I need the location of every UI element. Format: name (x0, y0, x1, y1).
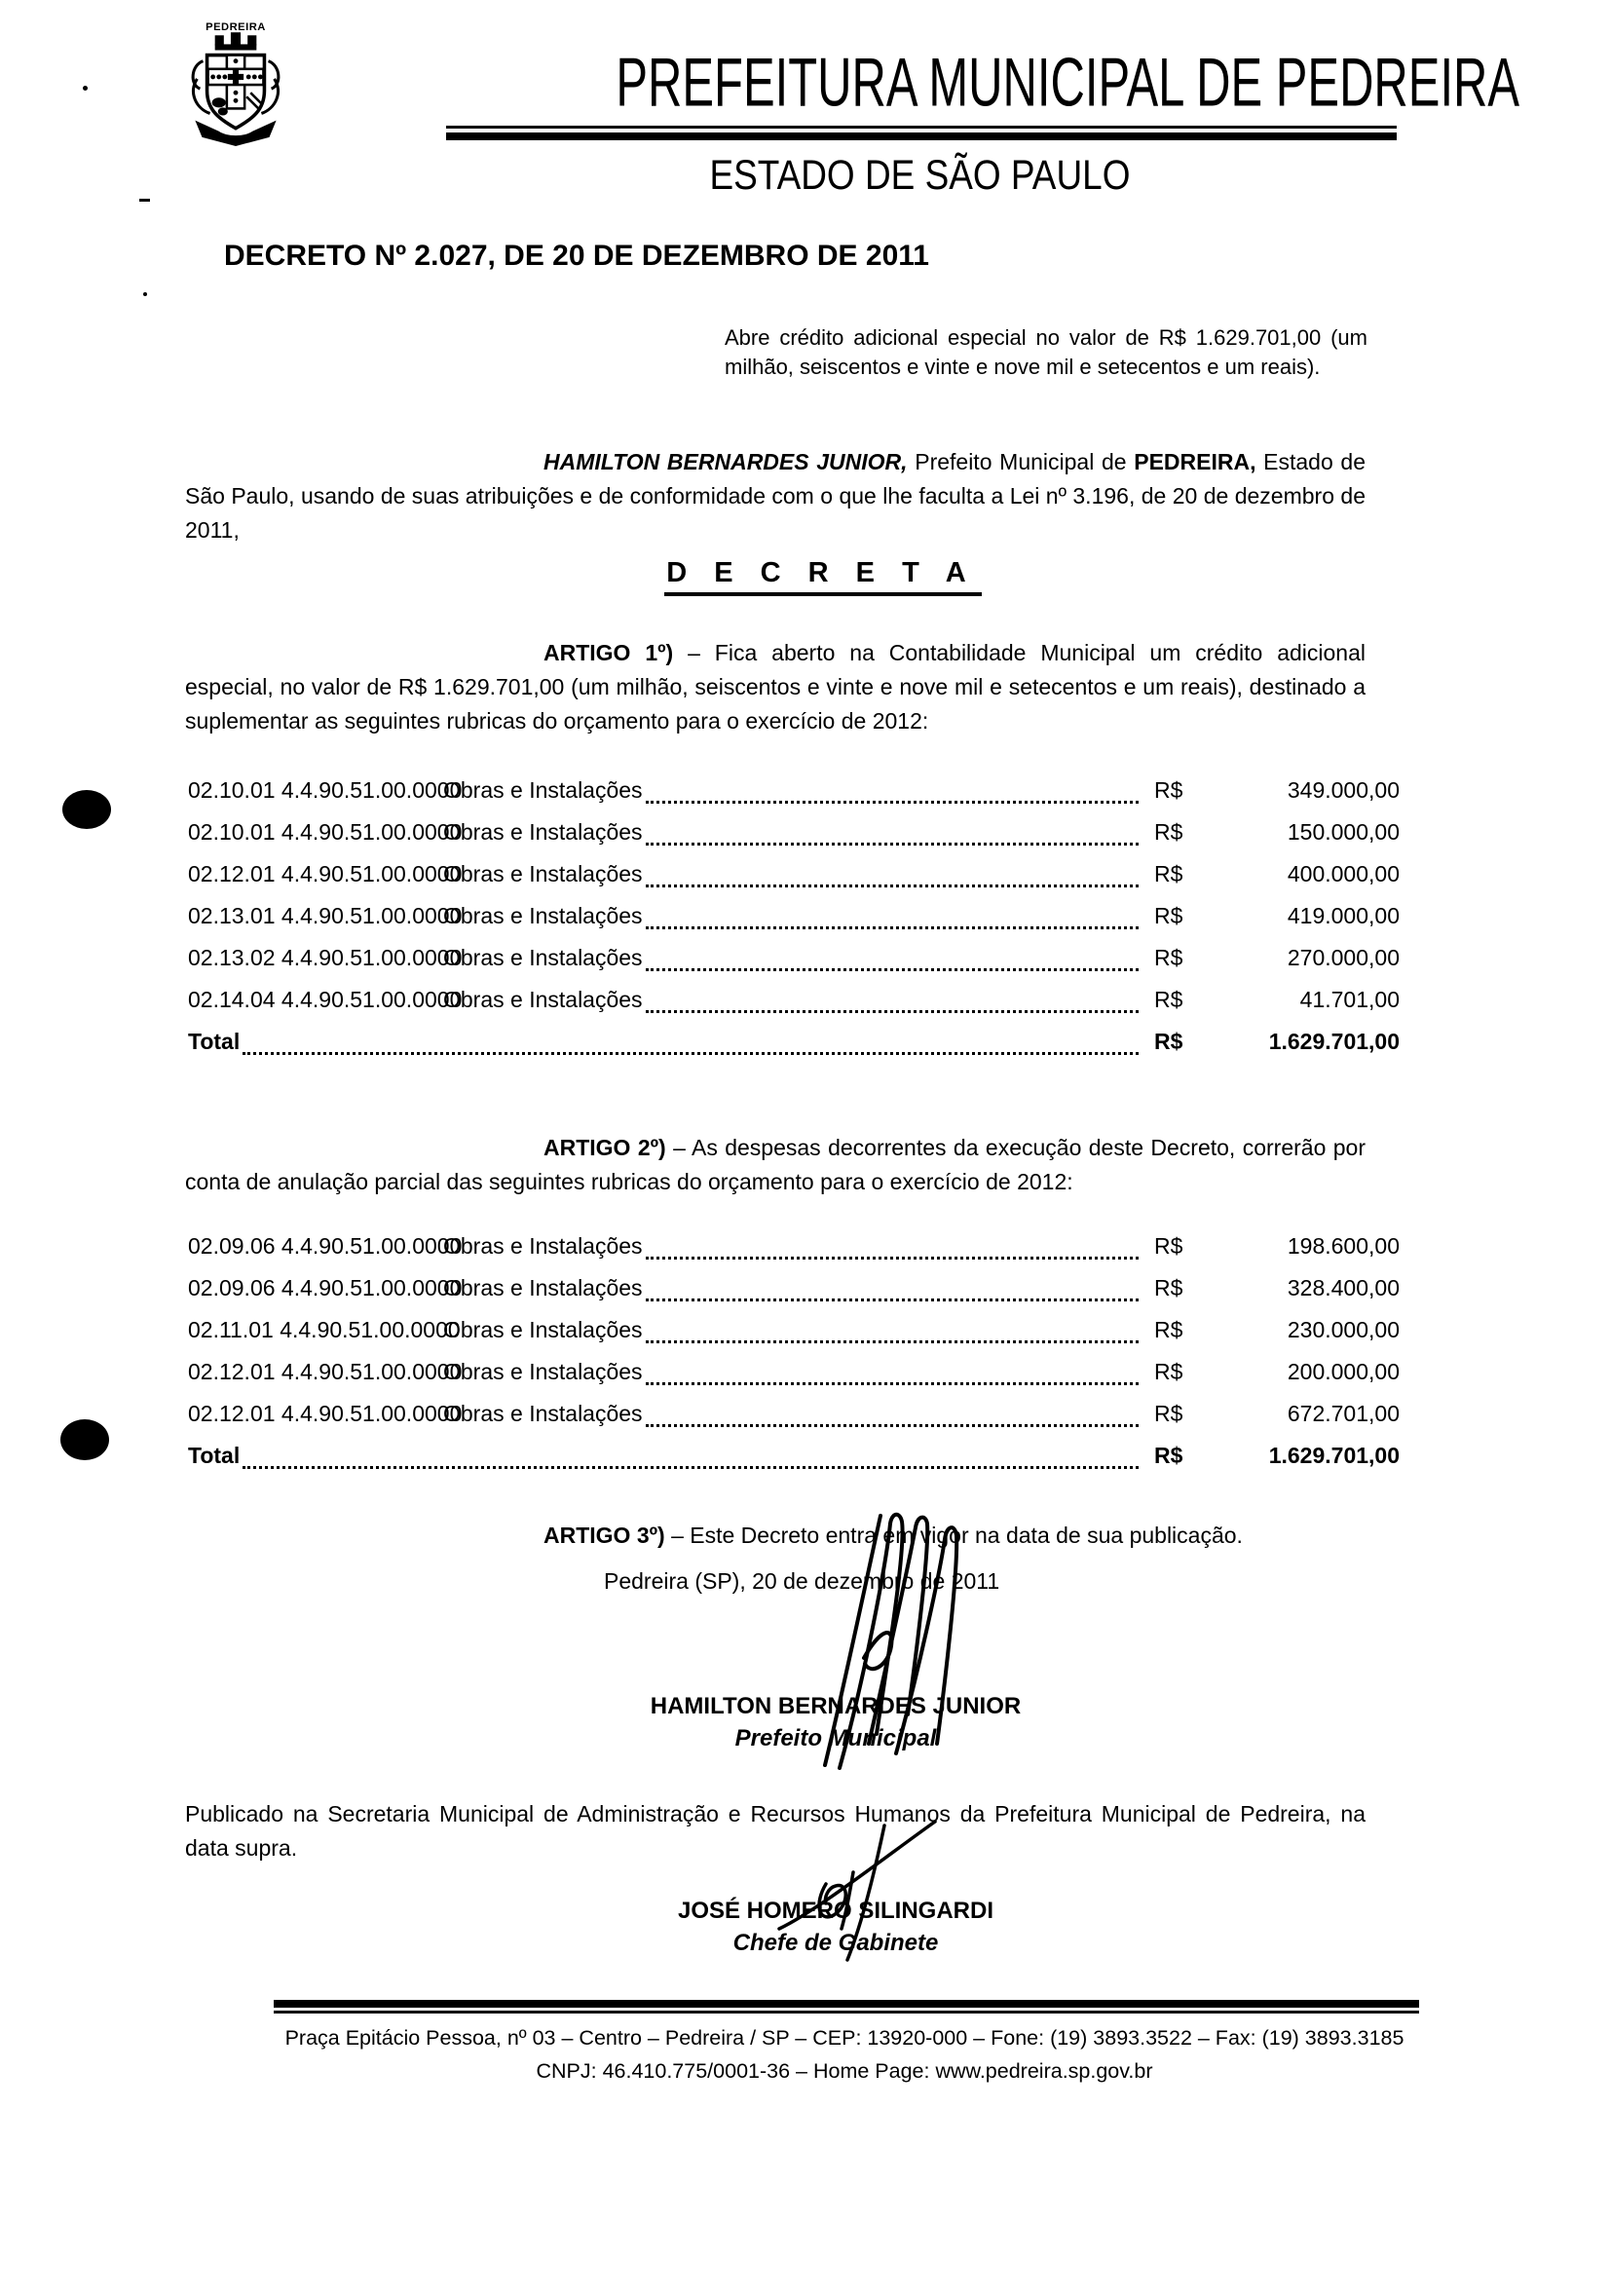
footer-address: Praça Epitácio Pessoa, nº 03 – Centro – … (58, 2026, 1610, 2051)
total-currency: R$ (1154, 1443, 1218, 1469)
table-row: 02.09.06 4.4.90.51.00.0000Obras e Instal… (188, 1275, 1400, 1317)
chief-role: Chefe de Gabinete (621, 1930, 1050, 1957)
coat-of-arms-icon: PEDREIRA (171, 18, 300, 146)
row-code: 02.14.04 4.4.90.51.00.0000 (188, 987, 443, 1013)
header-divider (446, 126, 1397, 140)
table-row: 02.13.01 4.4.90.51.00.0000Obras e Instal… (188, 903, 1400, 945)
row-description: Obras e Instalações (443, 1317, 643, 1343)
table-row: 02.14.04 4.4.90.51.00.0000Obras e Instal… (188, 987, 1400, 1029)
row-amount: 419.000,00 (1218, 903, 1400, 929)
row-amount: 198.600,00 (1218, 1233, 1400, 1260)
scan-mark (139, 199, 150, 202)
artigo-2-paragraph: ARTIGO 2º) – As despesas decorrentes da … (185, 1131, 1366, 1199)
row-amount: 230.000,00 (1218, 1317, 1400, 1343)
scan-mark (83, 86, 88, 91)
mayor-name-inline: HAMILTON BERNARDES JUNIOR, (543, 449, 908, 474)
table-row: 02.12.01 4.4.90.51.00.0000Obras e Instal… (188, 1401, 1400, 1443)
artigo-3-text: – Este Decreto entra em vigor na data de… (665, 1523, 1243, 1548)
dot-leader (646, 861, 1139, 887)
row-description: Obras e Instalações (443, 903, 643, 929)
budget-table-1: 02.10.01 4.4.90.51.00.0000Obras e Instal… (188, 777, 1400, 1071)
row-description: Obras e Instalações (443, 1233, 643, 1260)
city-name-inline: PEDREIRA, (1134, 449, 1255, 474)
row-code: 02.09.06 4.4.90.51.00.0000 (188, 1275, 443, 1301)
row-amount: 349.000,00 (1218, 777, 1400, 804)
row-currency: R$ (1154, 777, 1218, 804)
row-code: 02.11.01 4.4.90.51.00.0000 (188, 1317, 443, 1343)
row-code: 02.13.02 4.4.90.51.00.0000 (188, 945, 443, 971)
artigo-1-label: ARTIGO 1º) (543, 640, 673, 665)
row-description: Obras e Instalações (443, 1275, 643, 1301)
row-code: 02.12.01 4.4.90.51.00.0000 (188, 861, 443, 887)
dot-leader (646, 1359, 1139, 1385)
total-label: Total (188, 1029, 240, 1055)
hole-punch-top (62, 790, 111, 829)
total-amount: 1.629.701,00 (1218, 1029, 1400, 1055)
date-line: Pedreira (SP), 20 de dezembro de 2011 (604, 1568, 999, 1595)
row-description: Obras e Instalações (443, 945, 643, 971)
row-currency: R$ (1154, 1233, 1218, 1260)
dot-leader (646, 1401, 1139, 1427)
total-amount: 1.629.701,00 (1218, 1443, 1400, 1469)
total-currency: R$ (1154, 1029, 1218, 1055)
row-description: Obras e Instalações (443, 1401, 643, 1427)
decree-summary: Abre crédito adicional especial no valor… (725, 323, 1367, 382)
row-amount: 270.000,00 (1218, 945, 1400, 971)
total-label: Total (188, 1443, 240, 1469)
table-row: 02.12.01 4.4.90.51.00.0000Obras e Instal… (188, 1359, 1400, 1401)
row-currency: R$ (1154, 945, 1218, 971)
preamble-text: Prefeito Municipal de (908, 449, 1135, 474)
artigo-1-text: – Fica aberto na Contabilidade Municipal… (185, 640, 1366, 734)
dot-leader (646, 819, 1139, 846)
decreta-heading: D E C R E T A (664, 557, 981, 596)
table-total-row: TotalR$1.629.701,00 (188, 1029, 1400, 1071)
artigo-3-paragraph: ARTIGO 3º) – Este Decreto entra em vigor… (185, 1519, 1366, 1553)
row-currency: R$ (1154, 819, 1218, 846)
row-currency: R$ (1154, 1275, 1218, 1301)
chief-name: JOSÉ HOMERO SILINGARDI (621, 1898, 1050, 1925)
dot-leader (646, 1233, 1139, 1260)
row-amount: 150.000,00 (1218, 819, 1400, 846)
row-amount: 400.000,00 (1218, 861, 1400, 887)
row-code: 02.09.06 4.4.90.51.00.0000 (188, 1233, 443, 1260)
coat-of-arms-logo: PEDREIRA (171, 18, 300, 146)
artigo-3-label: ARTIGO 3º) (543, 1523, 665, 1548)
decree-document-page: PEDREIRA (0, 0, 1610, 2296)
row-description: Obras e Instalações (443, 987, 643, 1013)
row-currency: R$ (1154, 1401, 1218, 1427)
dot-leader (646, 903, 1139, 929)
crest-banner-text: PEDREIRA (206, 21, 266, 33)
decree-title: DECRETO Nº 2.027, DE 20 DE DEZEMBRO DE 2… (224, 240, 929, 273)
row-currency: R$ (1154, 861, 1218, 887)
table-row: 02.10.01 4.4.90.51.00.0000Obras e Instal… (188, 777, 1400, 819)
mayor-name: HAMILTON BERNARDES JUNIOR (621, 1693, 1050, 1720)
publication-note: Publicado na Secretaria Municipal de Adm… (185, 1797, 1366, 1865)
hole-punch-bottom (60, 1419, 109, 1460)
row-code: 02.12.01 4.4.90.51.00.0000 (188, 1401, 443, 1427)
budget-table-2: 02.09.06 4.4.90.51.00.0000Obras e Instal… (188, 1233, 1400, 1485)
row-currency: R$ (1154, 1317, 1218, 1343)
table-row: 02.11.01 4.4.90.51.00.0000Obras e Instal… (188, 1317, 1400, 1359)
table-row: 02.13.02 4.4.90.51.00.0000Obras e Instal… (188, 945, 1400, 987)
dot-leader (243, 1443, 1139, 1469)
row-code: 02.10.01 4.4.90.51.00.0000 (188, 777, 443, 804)
footer-cnpj: CNPJ: 46.410.775/0001-36 – Home Page: ww… (58, 2059, 1610, 2084)
scan-mark (143, 292, 147, 296)
row-amount: 200.000,00 (1218, 1359, 1400, 1385)
header-title: PREFEITURA MUNICIPAL DE PEDREIRA (616, 43, 1519, 122)
row-description: Obras e Instalações (443, 861, 643, 887)
artigo-2-label: ARTIGO 2º) (543, 1135, 666, 1160)
table-row: 02.12.01 4.4.90.51.00.0000Obras e Instal… (188, 861, 1400, 903)
footer-divider (274, 2000, 1419, 2014)
row-currency: R$ (1154, 903, 1218, 929)
dot-leader (646, 987, 1139, 1013)
artigo-2-text: – As despesas decorrentes da execução de… (185, 1135, 1366, 1194)
row-description: Obras e Instalações (443, 819, 643, 846)
row-currency: R$ (1154, 1359, 1218, 1385)
row-code: 02.12.01 4.4.90.51.00.0000 (188, 1359, 443, 1385)
decree-preamble: HAMILTON BERNARDES JUNIOR, Prefeito Muni… (185, 445, 1366, 547)
row-amount: 328.400,00 (1218, 1275, 1400, 1301)
row-description: Obras e Instalações (443, 1359, 643, 1385)
table-row: 02.09.06 4.4.90.51.00.0000Obras e Instal… (188, 1233, 1400, 1275)
row-code: 02.10.01 4.4.90.51.00.0000 (188, 819, 443, 846)
dot-leader (243, 1029, 1139, 1055)
row-amount: 672.701,00 (1218, 1401, 1400, 1427)
dot-leader (646, 1275, 1139, 1301)
row-description: Obras e Instalações (443, 777, 643, 804)
row-currency: R$ (1154, 987, 1218, 1013)
artigo-1-paragraph: ARTIGO 1º) – Fica aberto na Contabilidad… (185, 636, 1366, 738)
table-row: 02.10.01 4.4.90.51.00.0000Obras e Instal… (188, 819, 1400, 861)
dot-leader (646, 945, 1139, 971)
table-total-row: TotalR$1.629.701,00 (188, 1443, 1400, 1485)
row-amount: 41.701,00 (1218, 987, 1400, 1013)
header-subtitle: ESTADO DE SÃO PAULO (710, 151, 1131, 199)
dot-leader (646, 1317, 1139, 1343)
mayor-role: Prefeito Municipal (621, 1725, 1050, 1752)
row-code: 02.13.01 4.4.90.51.00.0000 (188, 903, 443, 929)
dot-leader (646, 777, 1139, 804)
